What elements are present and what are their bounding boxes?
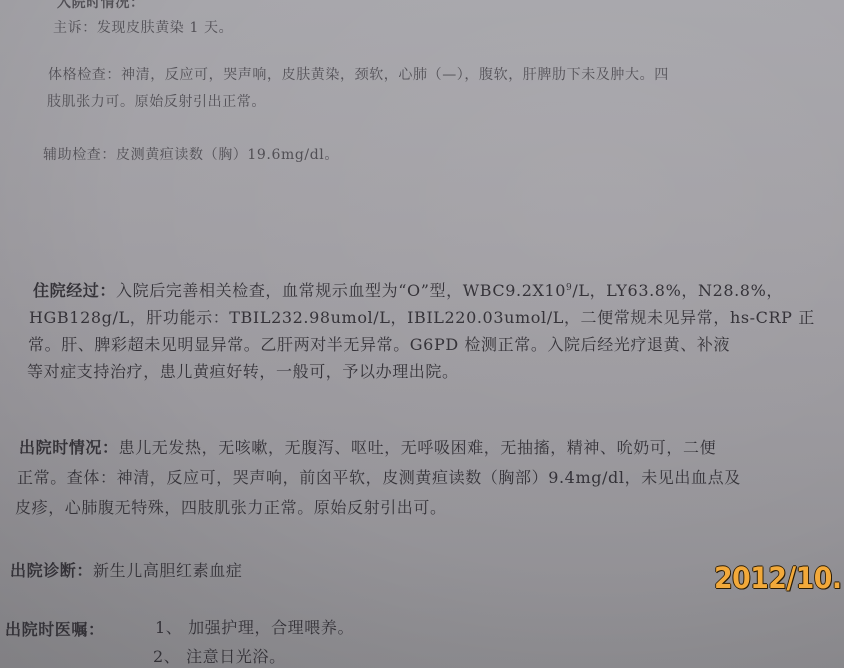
photo-date-stamp: 2012/10. <box>714 561 842 595</box>
hospital-course-line-2: HGB128g/L，肝功能示：TBIL232.98umol/L，IBIL220.… <box>29 310 815 326</box>
chief-complaint: 主诉：发现皮肤黄染 1 天。 <box>53 21 233 35</box>
discharge-status-line-1: 出院时情况：患儿无发热，无咳嗽，无腹泻、呕吐，无呼吸困难，无抽搐，精神、吮奶可，… <box>19 440 716 456</box>
discharge-status-line-3: 皮疹，心肺腹无特殊，四肢肌张力正常。原始反射引出可。 <box>15 500 447 516</box>
discharge-status-label: 出院时情况： <box>19 438 119 457</box>
hospital-course-label: 住院经过： <box>33 281 116 300</box>
hospital-course-line-4: 等对症支持治疗，患儿黄疸好转，一般可，予以办理出院。 <box>27 364 459 380</box>
chief-complaint-text: 发现皮肤黄染 1 天。 <box>97 20 233 36</box>
physical-exam-line-2: 肢肌张力可。原始反射引出正常。 <box>47 95 266 109</box>
discharge-order-item: 2、 注意日光浴。 <box>153 649 286 665</box>
hospital-course-line-3: 常。肝、脾彩超未见明显异常。乙肝两对半无异常。G6PD 检测正常。入院后经光疗退… <box>28 337 730 353</box>
discharge-status-line-2: 正常。查体：神清，反应可，哭声响，前囟平软，皮测黄疸读数（胸部）9.4mg/dl… <box>17 470 741 486</box>
auxiliary-exam-label: 辅助检查： <box>43 147 116 163</box>
discharge-orders-label: 出院时医嘱： <box>5 622 105 638</box>
hospital-course-line-1: 住院经过：入院后完善相关检查，血常规示血型为“O”型，WBC9.2X109/L，… <box>33 283 783 299</box>
admission-heading: 入院时情况： <box>57 0 145 10</box>
auxiliary-exam: 辅助检查：皮测黄疸读数（胸）19.6mg/dl。 <box>43 148 339 162</box>
physical-exam-line-1: 体格检查：神清，反应可，哭声响，皮肤黄染，颈软，心肺（—），腹软，肝脾肋下未及肿… <box>48 68 669 82</box>
discharge-order-item: 1、 加强护理，合理喂养。 <box>155 620 354 636</box>
discharge-diagnosis-label: 出院诊断： <box>10 561 93 580</box>
discharge-diagnosis: 出院诊断：新生儿高胆红素血症 <box>10 563 242 579</box>
chief-complaint-label: 主诉： <box>53 20 97 36</box>
physical-exam-label: 体格检查： <box>48 67 121 83</box>
